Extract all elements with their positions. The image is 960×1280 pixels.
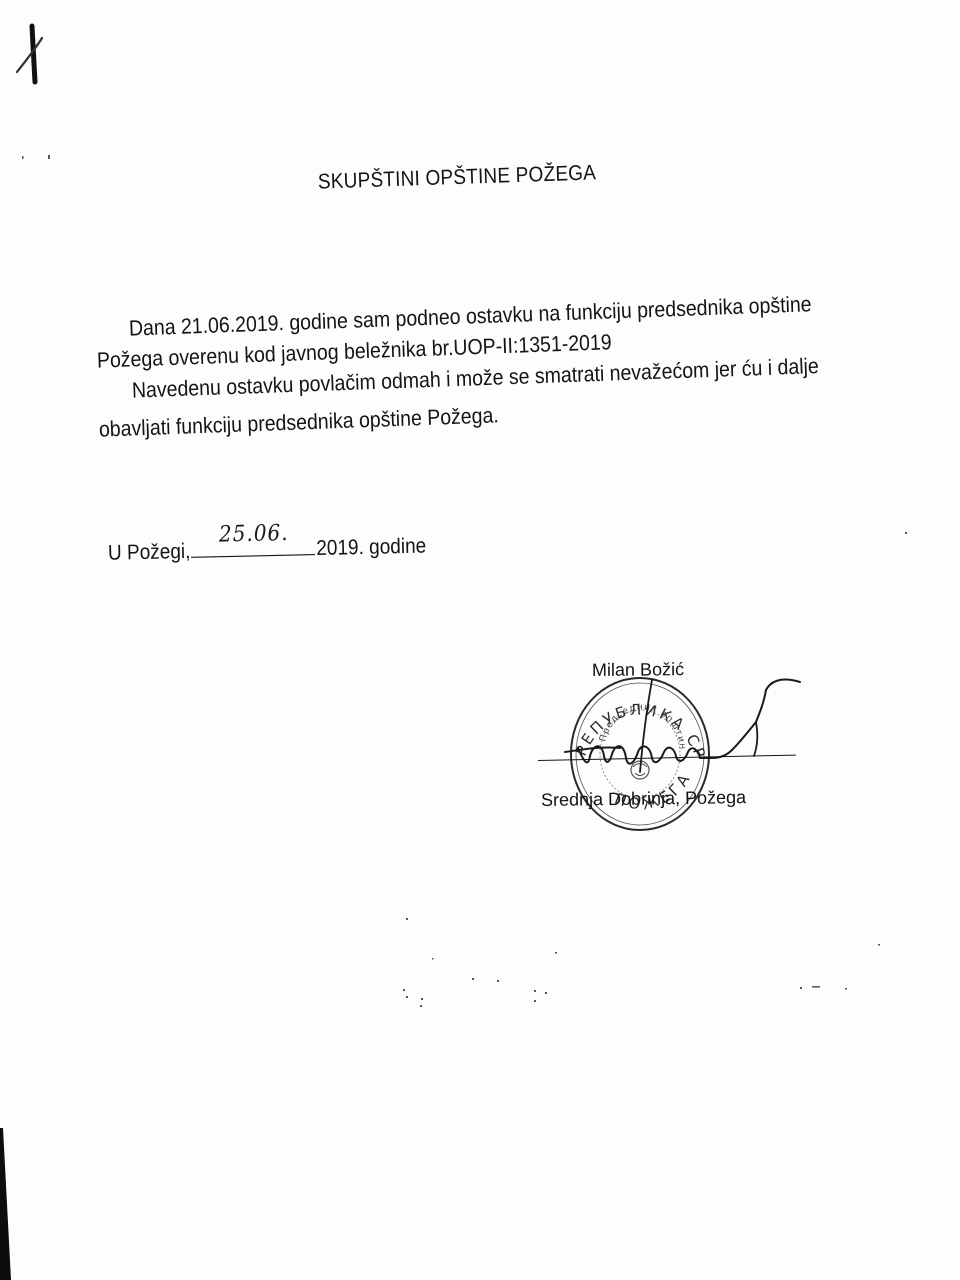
scan-edge-shadow [0,1128,14,1280]
year-suffix: 2019. godine [316,535,426,561]
place-prefix: U Požegi, [108,540,191,565]
place-date-line: U Požegi,25.06.2019. godine [108,531,427,566]
document-heading: SKUPŠTINI OPŠTINE POŽEGA [318,161,597,195]
signatory-address: Srednja Dobrinja, Požega [541,787,746,811]
paragraph-2-line-2: obavljati funkciju predsednika opštine P… [99,403,500,443]
handwritten-signature-icon [560,672,810,782]
scan-noise-specks [0,0,960,1280]
handwritten-date: 25.06. [219,519,289,547]
scanned-document-page: SKUPŠTINI OPŠTINE POŽEGA Dana 21.06.2019… [0,0,960,1280]
date-blank-field: 25.06. [191,534,315,558]
handwritten-margin-mark-icon [10,20,50,90]
